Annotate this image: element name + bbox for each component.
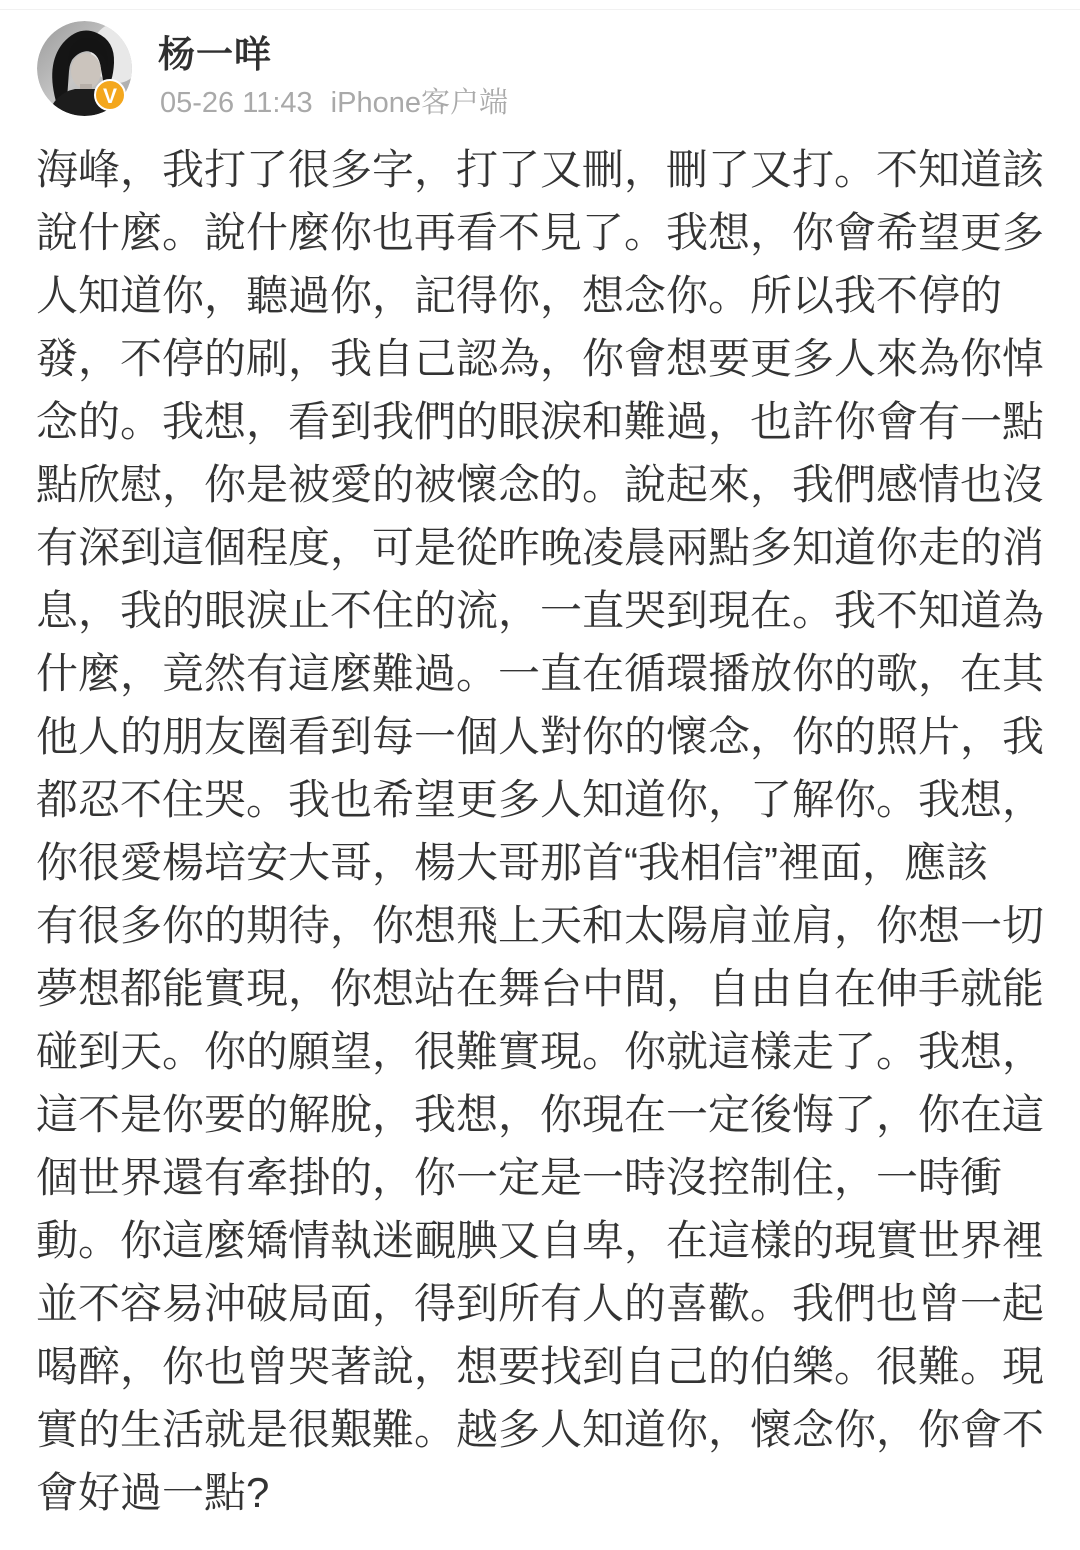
card-top-divider bbox=[0, 9, 1080, 10]
post-text-line: 會好過一點? bbox=[36, 1461, 1046, 1524]
post-source: iPhone客户端 bbox=[331, 87, 508, 119]
post-text-line: 人知道你，聽過你，記得你，想念你。所以我不停的 bbox=[36, 264, 1046, 327]
post-text-line: 說什麼。說什麼你也再看不見了。我想，你會希望更多 bbox=[36, 201, 1046, 264]
post-text-line: 都忍不住哭。我也希望更多人知道你，了解你。我想， bbox=[36, 768, 1046, 831]
post-text-line: 你很愛楊培安大哥，楊大哥那首“我相信”裡面，應該 bbox=[36, 831, 1046, 894]
post-text-line: 他人的朋友圈看到每一個人對你的懷念，你的照片，我 bbox=[36, 705, 1046, 768]
weibo-post-page: V 杨一咩 05-26 11:43iPhone客户端 海峰，我打了很多字，打了又… bbox=[0, 0, 1080, 1550]
post-text-line: 喝醉，你也曾哭著說，想要找到自己的伯樂。很難。現 bbox=[36, 1335, 1046, 1398]
post-text-line: 念的。我想，看到我們的眼淚和難過，也許你會有一點 bbox=[36, 390, 1046, 453]
post-text-line: 發，不停的刷，我自己認為，你會想要更多人來為你悼 bbox=[36, 327, 1046, 390]
verified-badge-icon: V bbox=[94, 79, 126, 111]
post-text-line: 動。你這麼矯情執迷靦腆又自卑，在這樣的現實世界裡 bbox=[36, 1209, 1046, 1272]
timestamp: 05-26 11:43 bbox=[160, 87, 313, 119]
post-text-line: 碰到天。你的願望，很難實現。你就這樣走了。我想， bbox=[36, 1020, 1046, 1083]
username[interactable]: 杨一咩 bbox=[158, 24, 272, 78]
post-text-line: 息，我的眼淚止不住的流，一直哭到現在。我不知道為 bbox=[36, 579, 1046, 642]
post-text-line: 點欣慰，你是被愛的被懷念的。說起來，我們感情也沒 bbox=[36, 453, 1046, 516]
post-meta: 05-26 11:43iPhone客户端 bbox=[160, 80, 508, 121]
avatar[interactable]: V bbox=[37, 21, 132, 116]
post-text-line: 實的生活就是很艱難。越多人知道你，懷念你，你會不 bbox=[36, 1398, 1046, 1461]
post-text-line: 有很多你的期待，你想飛上天和太陽肩並肩，你想一切 bbox=[36, 894, 1046, 957]
post-text: 海峰，我打了很多字，打了又刪，刪了又打。不知道該說什麼。說什麼你也再看不見了。我… bbox=[36, 138, 1046, 1524]
post-text-line: 並不容易沖破局面，得到所有人的喜歡。我們也曾一起 bbox=[36, 1272, 1046, 1335]
post-text-line: 個世界還有牽掛的，你一定是一時沒控制住，一時衝 bbox=[36, 1146, 1046, 1209]
post-text-line: 有深到這個程度，可是從昨晚凌晨兩點多知道你走的消 bbox=[36, 516, 1046, 579]
post-text-line: 什麼，竟然有這麼難過。一直在循環播放你的歌，在其 bbox=[36, 642, 1046, 705]
post-text-line: 夢想都能實現，你想站在舞台中間，自由自在伸手就能 bbox=[36, 957, 1046, 1020]
post-text-line: 這不是你要的解脫，我想，你現在一定後悔了，你在這 bbox=[36, 1083, 1046, 1146]
post-text-line: 海峰，我打了很多字，打了又刪，刪了又打。不知道該 bbox=[36, 138, 1046, 201]
